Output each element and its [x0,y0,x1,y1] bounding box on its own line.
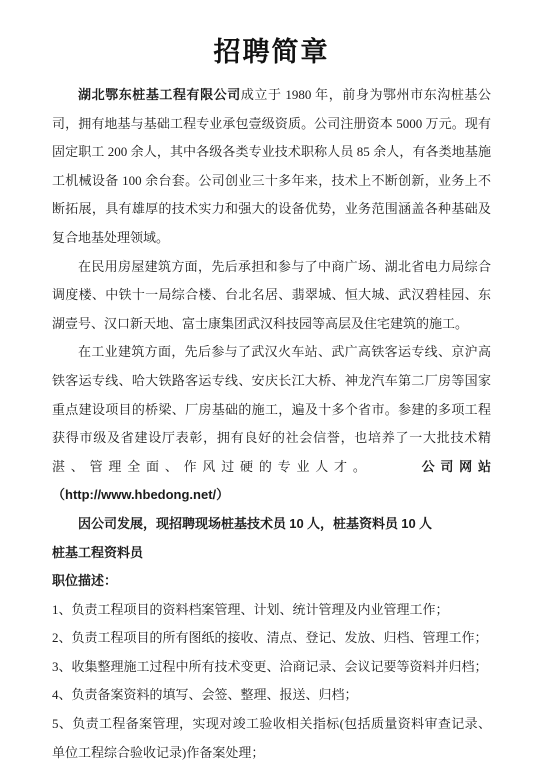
paragraph: 4、负责备案资料的填写、会签、整理、报送、归档； [52,681,491,710]
text-run: 2、负责工程项目的所有图纸的接收、清点、登记、发放、归档、管理工作； [52,630,488,645]
paragraph: 职位描述： [52,567,491,596]
text-run: 桩基工程资料员 [52,545,143,560]
text-run: 5、负责工程备案管理，实现对竣工验收相关指标(包括质量资料审查记录、单位工程综合… [52,716,491,760]
text-run: 职位描述： [52,573,117,588]
document-body: 湖北鄂东桩基工程有限公司成立于 1980 年，前身为鄂州市东沟桩基公司，拥有地基… [52,81,491,767]
text-run: 1、负责工程项目的资料档案管理、计划、统计管理及内业管理工作； [52,602,449,617]
paragraph: 在民用房屋建筑方面，先后承担和参与了中商广场、湖北省电力局综合调度楼、中铁十一局… [52,253,491,339]
text-run: 10 [289,516,303,531]
paragraph: 3、收集整理施工过程中所有技术变更、洽商记录、会议记要等资料并归档； [52,653,491,682]
text-run: 因公司发展，现招聘现场桩基技术员 [78,516,289,531]
text-run: 湖北鄂东桩基工程有限公司 [78,87,241,102]
text-run: 成立于 1980 年，前身为鄂州市东沟桩基公司，拥有地基与基础工程专业承包壹级资… [52,87,491,245]
text-run: 3、收集整理施工过程中所有技术变更、洽商记录、会议记要等资料并归档； [52,659,488,674]
document-page: 招聘简章 湖北鄂东桩基工程有限公司成立于 1980 年，前身为鄂州市东沟桩基公司… [0,0,543,768]
text-run: 在民用房屋建筑方面，先后承担和参与了中商广场、湖北省电力局综合调度楼、中铁十一局… [52,259,491,331]
document-title: 招聘简章 [52,36,491,68]
paragraph: 桩基工程资料员 [52,539,491,568]
paragraph: 1、负责工程项目的资料档案管理、计划、统计管理及内业管理工作； [52,596,491,625]
text-run: 人，桩基资料员 [304,516,402,531]
text-run: 人 [416,516,432,531]
text-run: 4、负责备案资料的填写、会签、整理、报送、归档； [52,687,358,702]
text-run: 在工业建筑方面，先后参与了武汉火车站、武广高铁客运专线、京沪高铁客运专线、哈大铁… [52,344,491,473]
paragraph: 因公司发展，现招聘现场桩基技术员 10 人，桩基资料员 10 人 [52,510,491,539]
paragraph: 在工业建筑方面，先后参与了武汉火车站、武广高铁客运专线、京沪高铁客运专线、哈大铁… [52,338,491,510]
paragraph: 2、负责工程项目的所有图纸的接收、清点、登记、发放、归档、管理工作； [52,624,491,653]
text-run: 10 [401,516,415,531]
paragraph: 5、负责工程备案管理，实现对竣工验收相关指标(包括质量资料审查记录、单位工程综合… [52,710,491,767]
paragraph: 湖北鄂东桩基工程有限公司成立于 1980 年，前身为鄂州市东沟桩基公司，拥有地基… [52,81,491,253]
